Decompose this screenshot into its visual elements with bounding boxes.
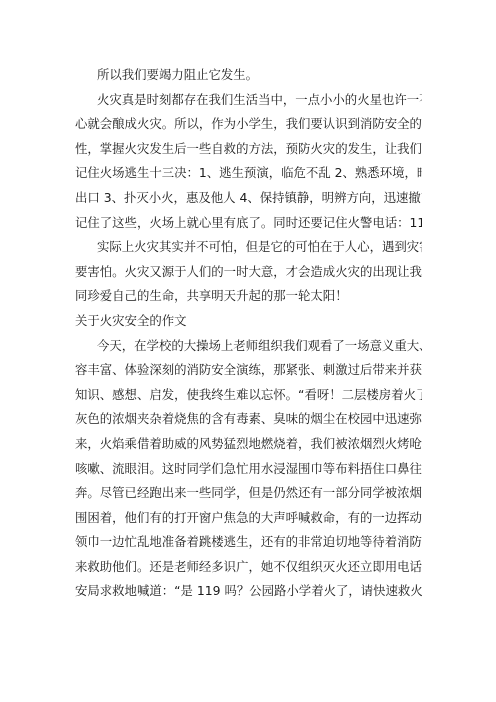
text-line: 记住了这些，火场上就心里有底了。同时还要记住火警电话：119。 bbox=[75, 211, 422, 236]
text-line: 来救助他们。还是老师经多识广，她不仅组织灭火还立即用电话向公 bbox=[75, 555, 422, 580]
text-line: 实际上火灾其实并不可怕，但是它的可怕在于人心，遇到灾害不 bbox=[75, 235, 422, 260]
document-page: 所以我们要竭力阻止它发生。 火灾真是时刻都存在我们生活当中，一点小小的火星也许一… bbox=[75, 63, 422, 604]
text-line: 咳嗽、流眼泪。这时同学们急忙用水浸湿围巾等布料捂住口鼻往外狂 bbox=[75, 457, 422, 482]
paragraph: 所以我们要竭力阻止它发生。 bbox=[75, 63, 422, 88]
text-line: 所以我们要竭力阻止它发生。 bbox=[75, 63, 422, 88]
paragraph: 火灾真是时刻都存在我们生活当中，一点小小的火星也许一不小 心就会酿成火灾。所以，… bbox=[75, 88, 422, 236]
text-line: 知识、感想、启发，使我终生难以忘怀。“看呀！二层楼房着火了！”黑 bbox=[75, 383, 422, 408]
text-line: 出口 3、扑灭小火，惠及他人 4、保持镇静，明辨方向，迅速撤离…… bbox=[75, 186, 422, 211]
heading-text: 关于火灾安全的作文 bbox=[75, 309, 422, 334]
text-line: 要害怕。火灾又源于人们的一时大意，才会造成火灾的出现让我们共 bbox=[75, 260, 422, 285]
text-line: 心就会酿成火灾。所以，作为小学生，我们要认识到消防安全的重要 bbox=[75, 112, 422, 137]
section-heading: 关于火灾安全的作文 bbox=[75, 309, 422, 334]
text-line: 围困着，他们有的打开窗户焦急的大声呼喊救命，有的一边挥动着红 bbox=[75, 506, 422, 531]
text-line: 记住火场逃生十三决：1、逃生预演，临危不乱 2、熟悉环境，暗记 bbox=[75, 161, 422, 186]
text-line: 奔。尽管已经跑出来一些同学，但是仍然还有一部分同学被浓烟烈火 bbox=[75, 481, 422, 506]
paragraph: 实际上火灾其实并不可怕，但是它的可怕在于人心，遇到灾害不 要害怕。火灾又源于人们… bbox=[75, 235, 422, 309]
text-line: 领巾一边忙乱地准备着跳楼逃生，还有的非常迫切地等待着消防人员 bbox=[75, 530, 422, 555]
text-line: 性，掌握火灾发生后一些自救的方法，预防火灾的发生，让我们一起 bbox=[75, 137, 422, 162]
text-line: 火灾真是时刻都存在我们生活当中，一点小小的火星也许一不小 bbox=[75, 88, 422, 113]
text-line: 容丰富、体验深刻的消防安全演练，那紧张、刺激过后带来并获得的 bbox=[75, 358, 422, 383]
text-line: 今天，在学校的大操场上老师组织我们观看了一场意义重大、内 bbox=[75, 334, 422, 359]
text-line: 安局求救地喊道：“是 119 吗？公园路小学着火了，请快速救火！”…… bbox=[75, 579, 422, 604]
text-line: 灰色的浓烟夹杂着烧焦的含有毒素、臭味的烟尘在校园中迅速弥漫开 bbox=[75, 407, 422, 432]
text-line: 来，火焰乘借着助威的风势猛烈地燃烧着，我们被浓烟烈火烤呛得直 bbox=[75, 432, 422, 457]
text-line: 同珍爱自己的生命，共享明天升起的那一轮太阳！ bbox=[75, 284, 422, 309]
paragraph: 今天，在学校的大操场上老师组织我们观看了一场意义重大、内 容丰富、体验深刻的消防… bbox=[75, 334, 422, 605]
